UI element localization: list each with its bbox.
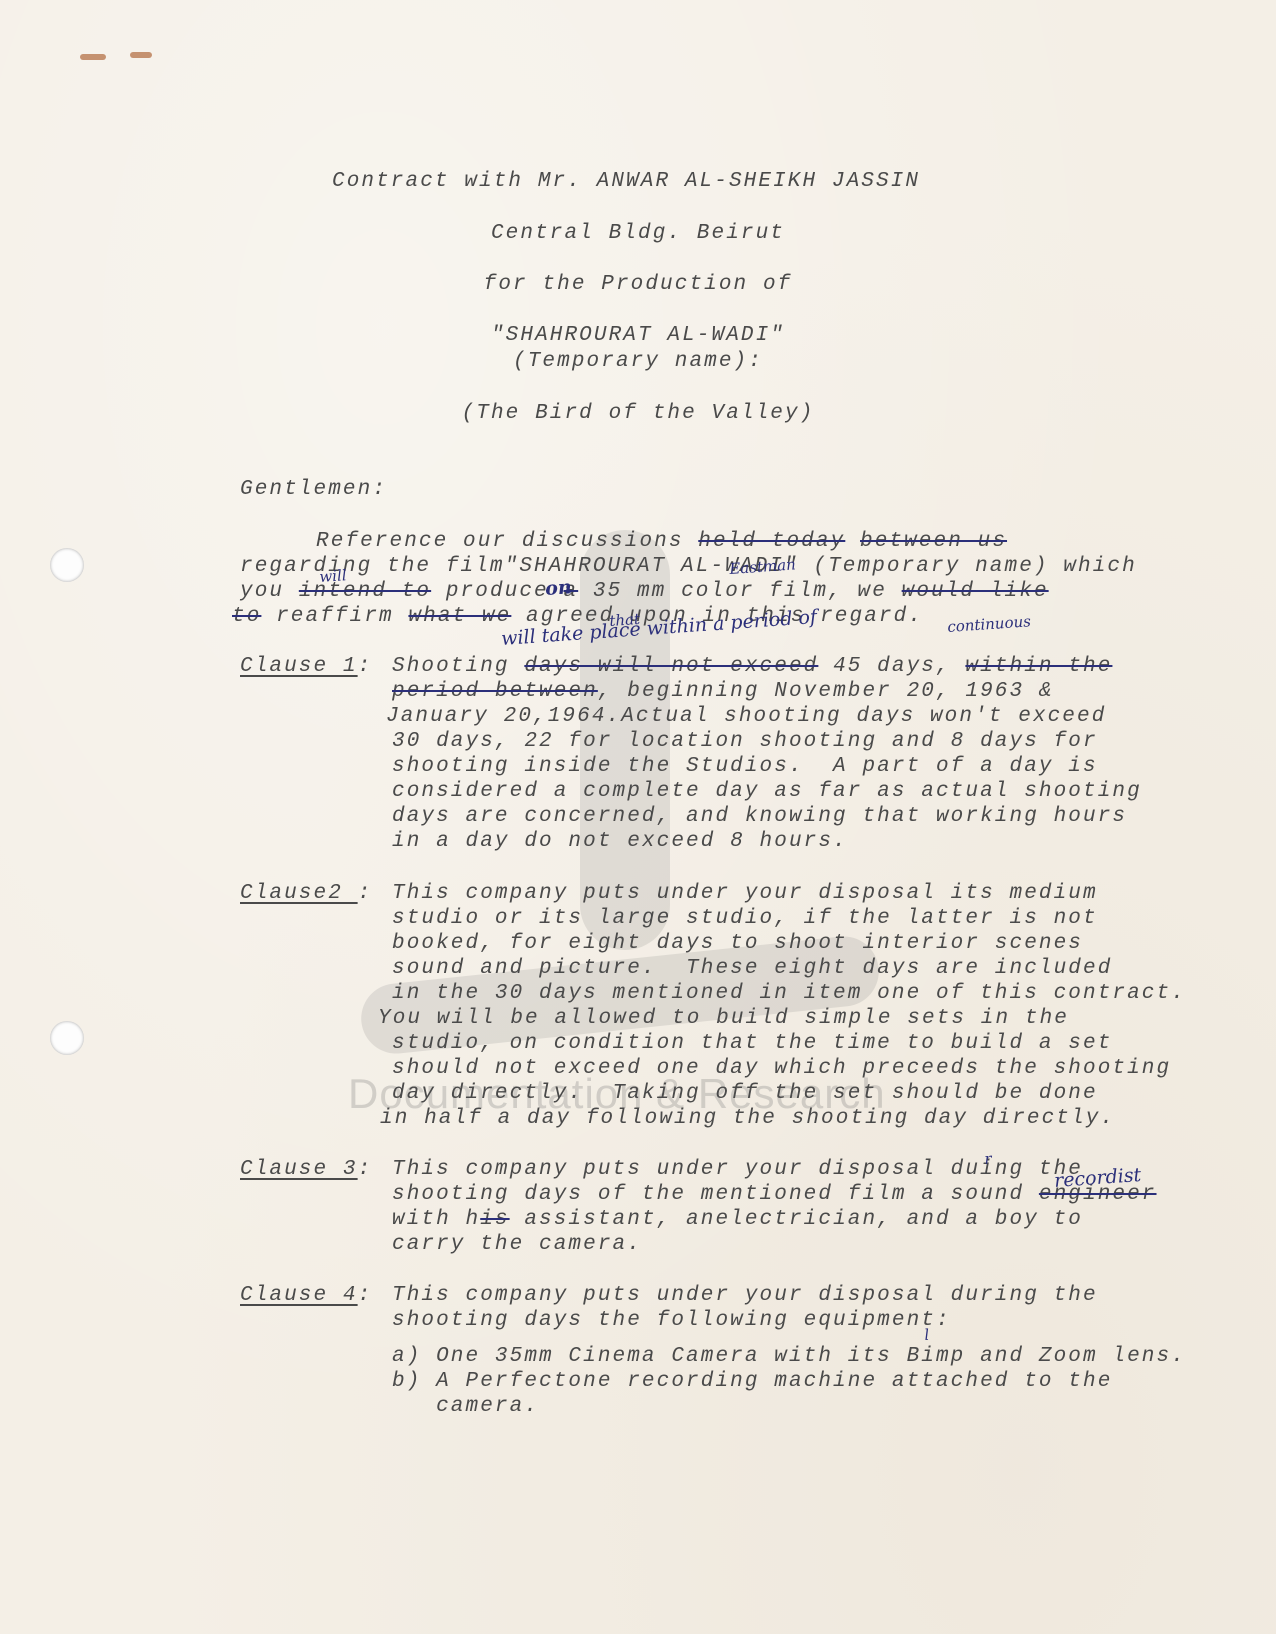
handwritten-will: will — [319, 566, 347, 586]
clause-1-line-8: in a day do not exceed 8 hours. — [392, 830, 848, 853]
clause-1-label: Clause 1: — [240, 655, 372, 678]
salutation: Gentlemen: — [240, 478, 387, 501]
clause-label: Clause2 — [240, 882, 358, 905]
clause-2-line-2: studio or its large studio, if the latte… — [392, 907, 1098, 930]
text: : — [358, 655, 373, 678]
text: you — [240, 580, 299, 603]
text: Reference our discussions — [316, 530, 698, 553]
text: shooting days of the mentioned film a so… — [392, 1183, 1039, 1206]
clause-4-label: Clause 4: — [240, 1284, 372, 1307]
clause-3-label: Clause 3: — [240, 1158, 372, 1181]
clause-2-line-1: This company puts under your disposal it… — [392, 882, 1098, 905]
intro-line-2: regarding the film"SHAHROURAT AL-WADI" (… — [240, 555, 1137, 578]
clause-label: Clause 4 — [240, 1284, 358, 1307]
document-page: Documentation & Research Contract with M… — [0, 0, 1276, 1634]
struck-text: would like — [902, 580, 1049, 603]
clause-2-line-7: studio, on condition that the time to bu… — [392, 1032, 1112, 1055]
address-line: Central Bldg. Beirut — [0, 222, 1276, 245]
clause-2-line-9: day directly. Taking off the set should … — [392, 1082, 1098, 1105]
clause-1-line-6: considered a complete day as far as actu… — [392, 780, 1142, 803]
struck-text: within the — [965, 655, 1112, 678]
rust-stain — [130, 52, 152, 58]
film-subtitle: (The Bird of the Valley) — [0, 402, 1276, 425]
clause-2-label: Clause2 : — [240, 882, 372, 905]
equipment-item-a: a) One 35mm Cinema Camera with its Bimp … — [392, 1345, 1186, 1368]
production-line: for the Production of — [0, 273, 1276, 296]
struck-text: is — [480, 1208, 509, 1231]
text: , beginning November 20, 1963 & — [598, 680, 1054, 703]
text: reaffirm — [261, 605, 408, 628]
punch-hole-bottom — [50, 1021, 84, 1055]
handwritten-r-mark: r — [984, 1150, 992, 1168]
clause-2-line-4: sound and picture. These eight days are … — [392, 957, 1112, 980]
title-line: Contract with Mr. ANWAR AL-SHEIKH JASSIN — [332, 170, 920, 193]
clause-1-line-5: shooting inside the Studios. A part of a… — [392, 755, 1098, 778]
clause-3-line-2: shooting days of the mentioned film a so… — [392, 1183, 1157, 1206]
clause-1-line-3: January 20,1964.Actual shooting days won… — [386, 705, 1106, 728]
clause-2-line-5: in the 30 days mentioned in item one of … — [392, 982, 1186, 1005]
clause-4-line-2: shooting days the following equipment: — [392, 1309, 951, 1332]
text: Shooting — [392, 655, 524, 678]
text: : — [358, 1158, 373, 1181]
struck-text: held today — [698, 530, 845, 553]
text: with h — [392, 1208, 480, 1231]
text: assistant, anelectrician, and a boy to — [510, 1208, 1083, 1231]
text: : — [358, 1284, 373, 1307]
clause-2-line-10: in half a day following the shooting day… — [380, 1107, 1115, 1130]
handwritten-l-mark: l — [924, 1326, 930, 1344]
struck-text: to — [232, 605, 261, 628]
clause-label: Clause 3 — [240, 1158, 358, 1181]
clause-1-line-4: 30 days, 22 for location shooting and 8 … — [392, 730, 1098, 753]
clause-3-line-1: This company puts under your disposal du… — [392, 1158, 1083, 1181]
struck-text: between us — [860, 530, 1007, 553]
text: : — [358, 882, 373, 905]
handwritten-on: on — [544, 576, 572, 600]
rust-stain — [80, 54, 106, 60]
clause-1-line-2: period between, beginning November 20, 1… — [392, 680, 1054, 703]
clause-1-line-7: days are concerned, and knowing that wor… — [392, 805, 1127, 828]
text: 35 mm color film, we — [578, 580, 901, 603]
clause-3-line-4: carry the camera. — [392, 1233, 642, 1256]
intro-line-1: Reference our discussions held today bet… — [316, 530, 1007, 553]
struck-text: period between — [392, 680, 598, 703]
clause-2-line-3: booked, for eight days to shoot interior… — [392, 932, 1083, 955]
clause-4-line-1: This company puts under your disposal du… — [392, 1284, 1098, 1307]
clause-3-line-3: with his assistant, anelectrician, and a… — [392, 1208, 1083, 1231]
struck-text: days will not exceed — [524, 655, 818, 678]
text: produce — [431, 580, 563, 603]
text: 45 days, — [818, 655, 965, 678]
clause-2-line-8: should not exceed one day which preceeds… — [392, 1057, 1171, 1080]
intro-line-3: you intend to produce a 35 mm color film… — [240, 580, 1049, 603]
temporary-name-note: (Temporary name): — [0, 350, 1276, 373]
clause-label: Clause 1 — [240, 655, 358, 678]
clause-2-line-6: You will be allowed to build simple sets… — [378, 1007, 1069, 1030]
struck-text: intend to — [299, 580, 431, 603]
equipment-item-b: b) A Perfectone recording machine attach… — [392, 1370, 1112, 1393]
film-title: "SHAHROURAT AL-WADI" — [0, 324, 1276, 347]
text — [845, 530, 860, 553]
struck-text: what we — [408, 605, 511, 628]
clause-1-line-1: Shooting days will not exceed 45 days, w… — [392, 655, 1112, 678]
handwritten-continuous: continuous — [947, 612, 1032, 636]
equipment-item-b-cont: camera. — [392, 1395, 539, 1418]
punch-hole-top — [50, 548, 84, 582]
